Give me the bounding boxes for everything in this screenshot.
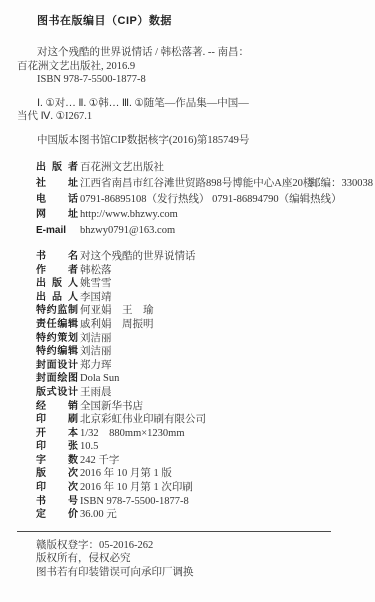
info-value: 何亚娟 王 瑜 bbox=[80, 305, 154, 316]
book-info-row: 特约监制何亚娟 王 瑜 bbox=[36, 304, 367, 318]
info-label: 印次 bbox=[36, 481, 78, 495]
info-value: 2016 年 10 月第 1 版 bbox=[80, 468, 172, 479]
info-label: 特约监制 bbox=[36, 304, 78, 318]
info-value: 百花洲文艺出版社 bbox=[80, 162, 164, 173]
book-info-row: 特约策划刘洁丽 bbox=[36, 332, 367, 346]
info-value: http://www.bhzwy.com bbox=[80, 209, 178, 220]
book-info-row: 作者韩松落 bbox=[36, 264, 367, 278]
info-label: 网址 bbox=[36, 207, 78, 223]
book-info-row: 特约编辑刘洁丽 bbox=[36, 345, 367, 359]
info-value: bhzwy0791@163.com bbox=[80, 225, 175, 236]
info-value: 姚雪雪 bbox=[80, 278, 112, 289]
info-value: 王雨晨 bbox=[80, 387, 112, 398]
info-value: Dola Sun bbox=[80, 373, 119, 384]
book-info-row: 印刷北京彩虹伟业印刷有限公司 bbox=[36, 413, 367, 427]
cip-classification-line1: Ⅰ. ①对… Ⅱ. ①韩… Ⅲ. ①随笔—作品集—中国— bbox=[17, 97, 367, 111]
info-label: 印张 bbox=[36, 440, 78, 454]
info-label: 电话 bbox=[36, 192, 78, 208]
info-value: 韩松落 bbox=[80, 265, 112, 276]
info-value: 刘洁丽 bbox=[80, 333, 112, 344]
book-info-list: 书名对这个残酷的世界说情话 作者韩松落 出版人姚雪雪 出品人李国靖 特约监制何亚… bbox=[36, 250, 367, 522]
misprint-exchange-notice: 图书若有印装错误可向承印厂调换 bbox=[36, 566, 367, 580]
cip-description-line1: 对这个残酷的世界说情话 / 韩松落著. -- 南昌： bbox=[17, 46, 367, 60]
publisher-info-row: 网址http://www.bhzwy.com bbox=[36, 207, 367, 223]
book-info-row: 出品人李国靖 bbox=[36, 291, 367, 305]
info-label: 封面绘图 bbox=[36, 372, 78, 386]
info-label: 字数 bbox=[36, 454, 78, 468]
info-value: 对这个残酷的世界说情话 bbox=[80, 251, 196, 262]
info-label: 出版人 bbox=[36, 277, 78, 291]
info-label: 特约策划 bbox=[36, 332, 78, 346]
info-label: 责任编辑 bbox=[36, 318, 78, 332]
info-value: 刘洁丽 bbox=[80, 346, 112, 357]
cip-classification-line2: 当代 Ⅳ. ①I267.1 bbox=[17, 110, 367, 124]
info-value: 1/32 880mm×1230mm bbox=[80, 428, 185, 439]
book-info-row: 书号ISBN 978-7-5500-1877-8 bbox=[36, 495, 367, 509]
info-label: 特约编辑 bbox=[36, 345, 78, 359]
book-info-row: 经销全国新华书店 bbox=[36, 400, 367, 414]
book-info-row: 定价36.00 元 bbox=[36, 508, 367, 522]
info-label: 印刷 bbox=[36, 413, 78, 427]
book-info-row: 书名对这个残酷的世界说情话 bbox=[36, 250, 367, 264]
book-info-row: 印张10.5 bbox=[36, 440, 367, 454]
publisher-info-row: 社址江西省南昌市红谷滩世贸路898号博能中心A座20楼邮编：330038 bbox=[36, 176, 367, 192]
info-label: 书号 bbox=[36, 495, 78, 509]
info-value: 郑力珲 bbox=[80, 360, 112, 371]
copyright-notice: 版权所有，侵权必究 bbox=[36, 552, 367, 566]
cip-classification: Ⅰ. ①对… Ⅱ. ①韩… Ⅲ. ①随笔—作品集—中国— 当代 Ⅳ. ①I267… bbox=[17, 97, 367, 124]
book-info-row: 字数242 千字 bbox=[36, 454, 367, 468]
cip-description: 对这个残酷的世界说情话 / 韩松落著. -- 南昌： 百花洲文艺出版社, 201… bbox=[17, 46, 367, 87]
info-value: 北京彩虹伟业印刷有限公司 bbox=[80, 414, 206, 425]
book-info-row: 封面绘图Dola Sun bbox=[36, 372, 367, 386]
info-label: 版次 bbox=[36, 467, 78, 481]
book-info-row: 版式设计王雨晨 bbox=[36, 386, 367, 400]
info-label: 出版者 bbox=[36, 160, 78, 176]
info-label: 版式设计 bbox=[36, 386, 78, 400]
info-label: 经销 bbox=[36, 400, 78, 414]
book-info-row: 出版人姚雪雪 bbox=[36, 277, 367, 291]
publisher-info-row: E-mailbhzwy0791@163.com bbox=[36, 223, 367, 239]
info-label: 开本 bbox=[36, 427, 78, 441]
info-value: 2016 年 10 月第 1 次印刷 bbox=[80, 482, 193, 493]
book-info-row: 开本1/32 880mm×1230mm bbox=[36, 427, 367, 441]
registration-number: 赣版权登字：05-2016-262 bbox=[36, 539, 367, 553]
info-value: 戚利娟 周振明 bbox=[80, 319, 154, 330]
cip-isbn-line: ISBN 978-7-5500-1877-8 bbox=[17, 73, 367, 87]
info-value: 36.00 元 bbox=[80, 509, 117, 520]
info-label: 作者 bbox=[36, 264, 78, 278]
book-info-row: 责任编辑戚利娟 周振明 bbox=[36, 318, 367, 332]
publisher-info-list: 出版者百花洲文艺出版社 社址江西省南昌市红谷滩世贸路898号博能中心A座20楼邮… bbox=[36, 160, 367, 239]
info-value: 李国靖 bbox=[80, 292, 112, 303]
info-label: E-mail bbox=[36, 223, 78, 239]
info-label: 封面设计 bbox=[36, 359, 78, 373]
cip-heading: 图书在版编目（CIP）数据 bbox=[37, 15, 367, 28]
info-label: 社址 bbox=[36, 176, 78, 192]
divider-line bbox=[17, 531, 331, 532]
footer-notices: 赣版权登字：05-2016-262 版权所有，侵权必究 图书若有印装错误可向承印… bbox=[36, 539, 367, 580]
info-value: 242 千字 bbox=[80, 455, 119, 466]
info-label: 定价 bbox=[36, 508, 78, 522]
book-info-row: 印次2016 年 10 月第 1 次印刷 bbox=[36, 481, 367, 495]
book-info-row: 封面设计郑力珲 bbox=[36, 359, 367, 373]
book-info-row: 版次2016 年 10 月第 1 版 bbox=[36, 467, 367, 481]
info-value: 全国新华书店 bbox=[80, 401, 143, 412]
cip-description-line2: 百花洲文艺出版社, 2016.9 bbox=[17, 60, 367, 74]
info-label: 书名 bbox=[36, 250, 78, 264]
info-label: 出品人 bbox=[36, 291, 78, 305]
info-value: 10.5 bbox=[80, 441, 98, 452]
postal-code: 邮编：330038 bbox=[310, 176, 373, 192]
info-value: ISBN 978-7-5500-1877-8 bbox=[80, 496, 189, 507]
info-value: 江西省南昌市红谷滩世贸路898号博能中心A座20楼 bbox=[80, 178, 313, 189]
cip-record-number: 中国版本图书馆CIP数据核字(2016)第185749号 bbox=[17, 134, 367, 148]
publisher-info-row: 出版者百花洲文艺出版社 bbox=[36, 160, 367, 176]
copyright-page: 图书在版编目（CIP）数据 对这个残酷的世界说情话 / 韩松落著. -- 南昌：… bbox=[0, 0, 375, 602]
info-value: 0791-86895108（发行热线） 0791-86894790（编辑热线） bbox=[80, 194, 342, 205]
publisher-info-row: 电话0791-86895108（发行热线） 0791-86894790（编辑热线… bbox=[36, 192, 367, 208]
